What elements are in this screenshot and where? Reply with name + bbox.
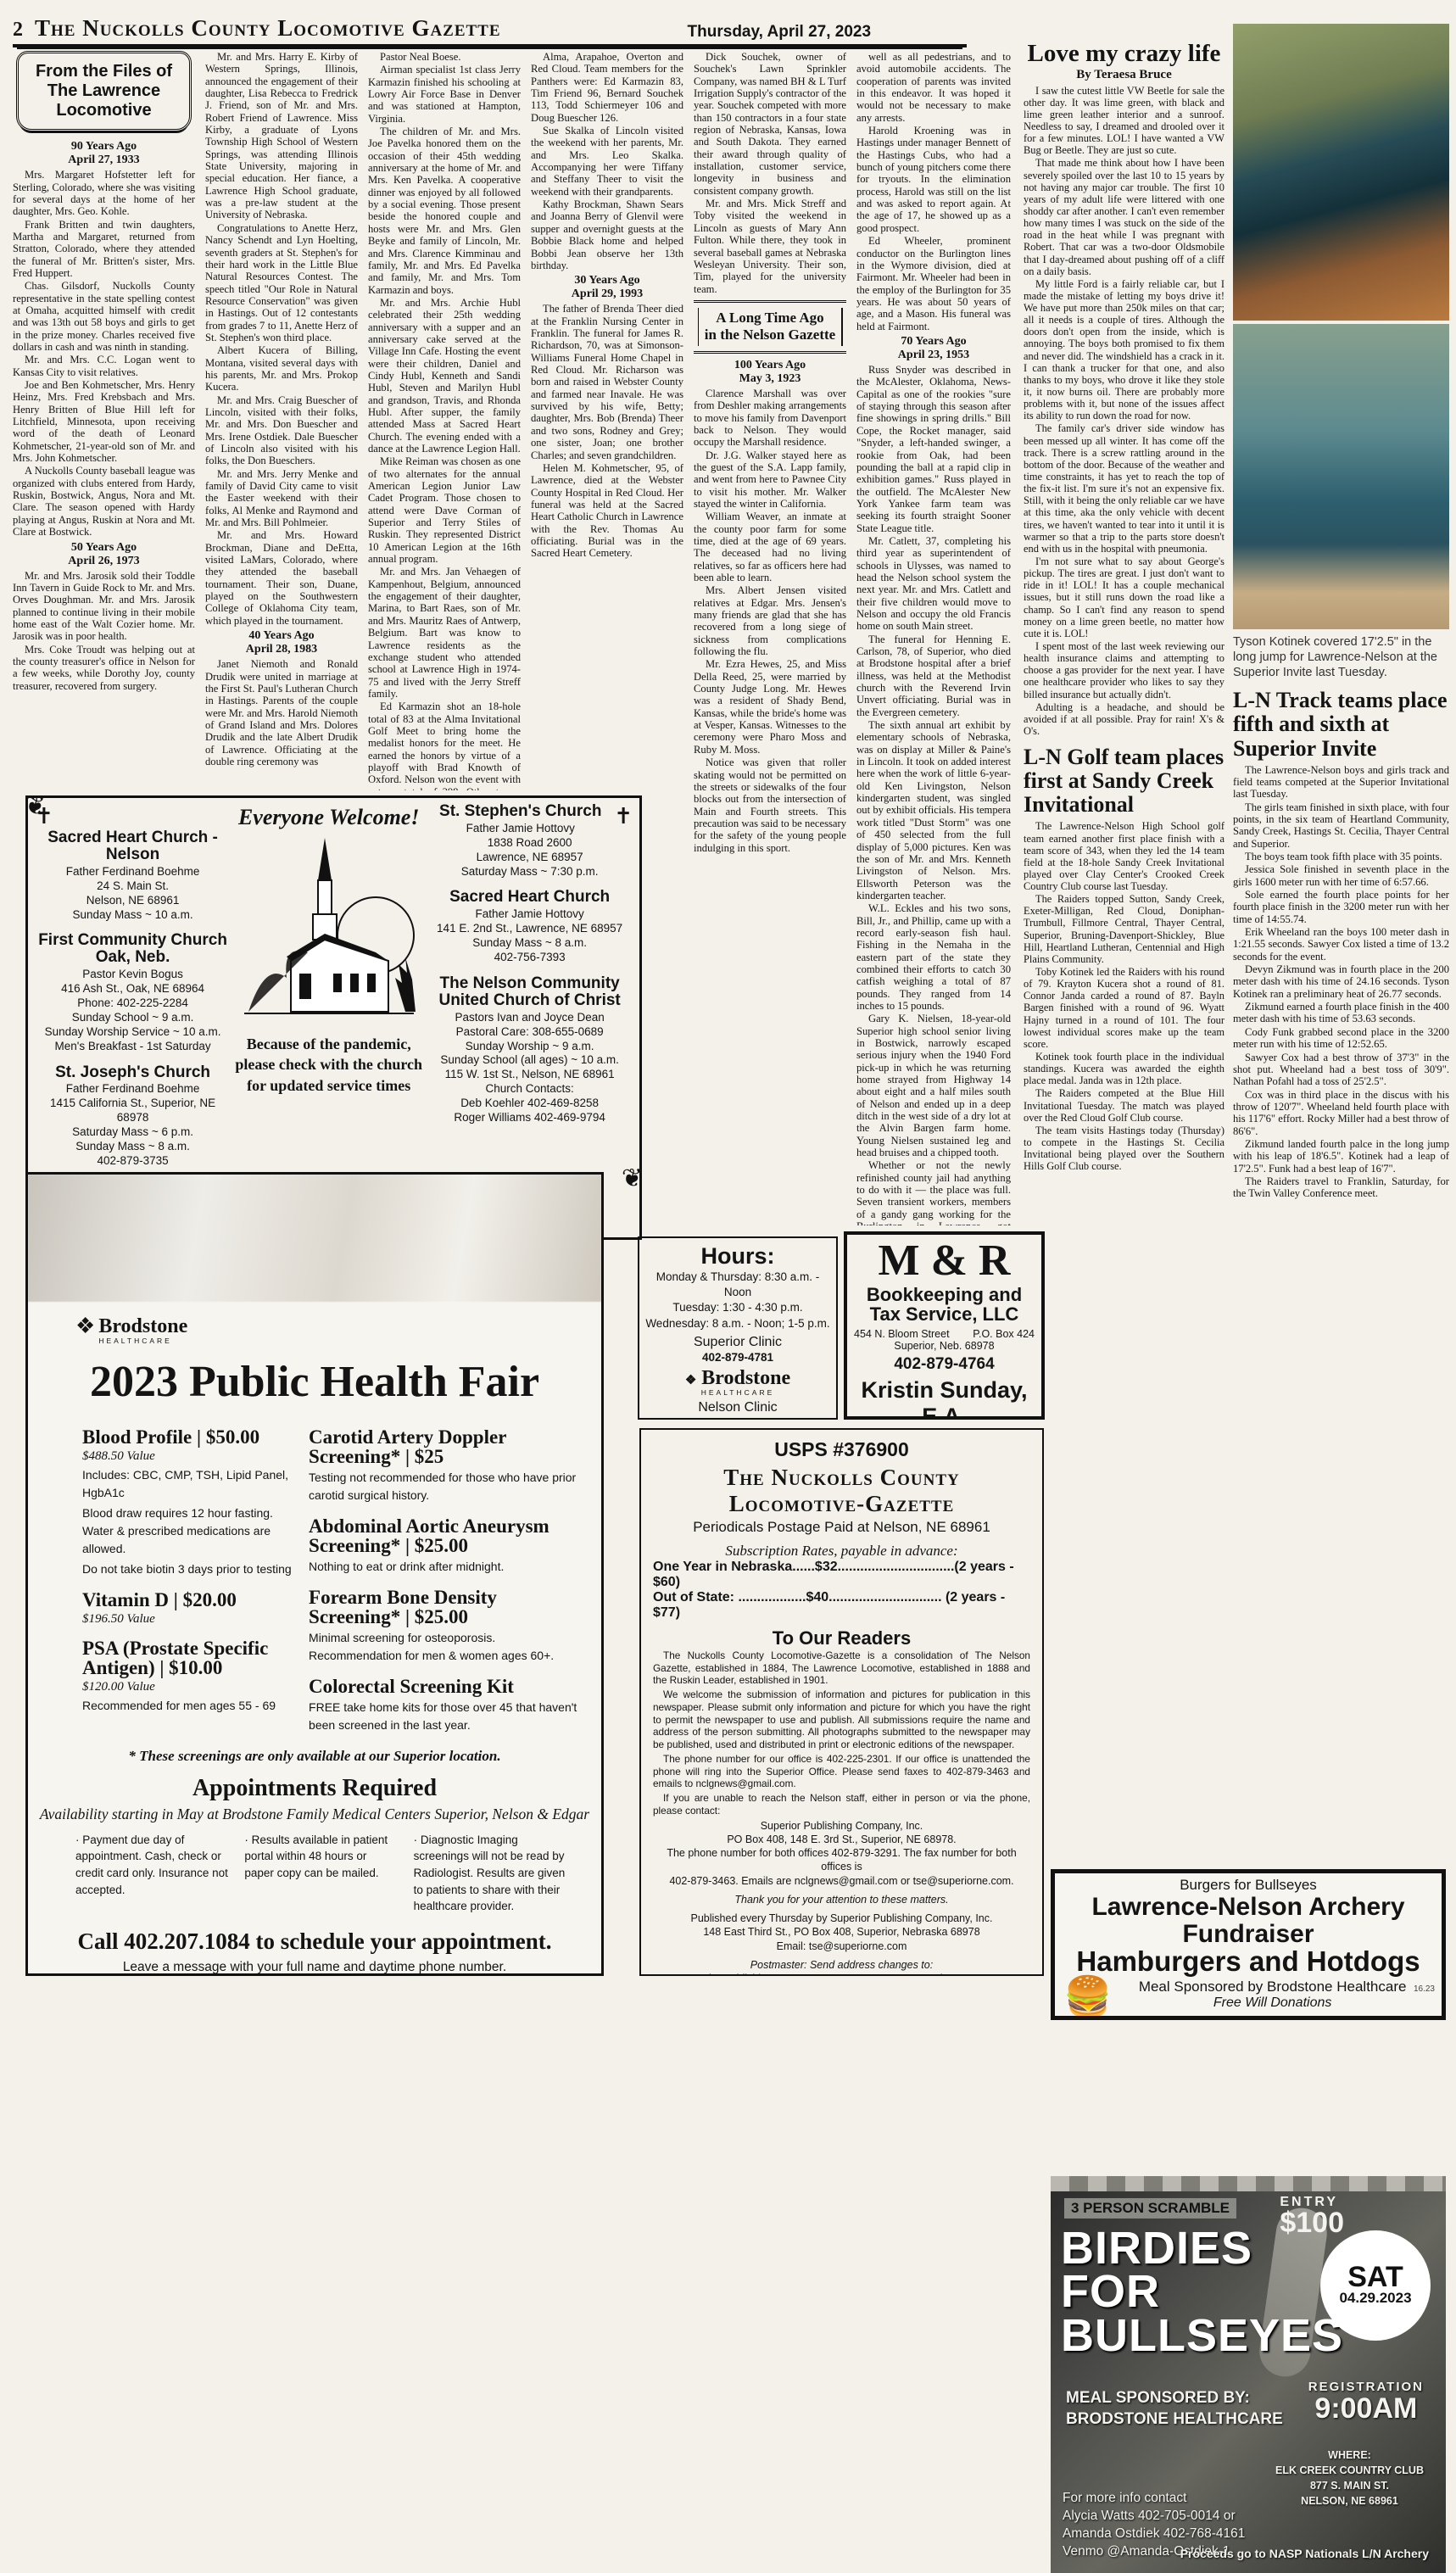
paragraph: The sixth annual art exhibit by elementa… <box>856 719 1011 901</box>
long-ago-title-line1: A Long Time Ago <box>697 310 843 327</box>
mr-title: M & R <box>852 1240 1036 1281</box>
paragraph: Alma, Arapahoe, Overton and Red Cloud. T… <box>531 51 683 124</box>
appointment-bullets: · Payment due day of appointment. Cash, … <box>28 1823 601 1915</box>
usps-postage-line: Periodicals Postage Paid at Nelson, NE 6… <box>653 1519 1030 1536</box>
paragraph: Congratulations to Anette Herz, Nancy Sc… <box>205 222 358 343</box>
paragraph: Mike Reiman was chosen as one of two alt… <box>368 455 521 565</box>
paragraph: Mr. and Mrs. Jarosik sold their Toddle I… <box>13 570 195 643</box>
paragraph: Dr. J.G. Walker stayed here as the guest… <box>694 449 846 511</box>
ad-code: 16.23 <box>1414 1984 1435 1994</box>
registration-time: 9:00AM <box>1308 2394 1424 2423</box>
screening-name: PSA (Prostate Specific Antigen) | $10.00 <box>82 1638 293 1677</box>
church-detail-line: Sunday Mass ~ 8 a.m. <box>427 936 633 951</box>
section-heading: 30 Years AgoApril 29, 1993 <box>531 274 683 301</box>
banner-trim <box>1051 2176 1446 2191</box>
section-heading: 90 Years AgoApril 27, 1933 <box>13 140 195 167</box>
screenings-grid: Blood Profile | $50.00$488.50 ValueInclu… <box>28 1415 601 1734</box>
masthead: 2 The Nuckolls County Locomotive Gazette… <box>13 15 967 47</box>
entry-fee: ENTRY $100 <box>1280 2195 1344 2236</box>
paragraph: Cody Funk grabbed second place in the 32… <box>1233 1026 1449 1051</box>
church-detail-line: 1838 Road 2600 <box>427 836 633 851</box>
paragraph: Helen M. Kohmetscher, 95, of Lawrence, d… <box>531 462 683 560</box>
church-detail-line: Deb Koehler 402-469-8258 <box>427 1097 633 1111</box>
love-headline: Love my crazy life <box>1024 41 1224 66</box>
health-fair-photo <box>28 1175 601 1302</box>
column-5-upper-text: Dick Souchek, owner of Souchek's Lawn Sp… <box>694 51 846 295</box>
church-detail-line: Sunday Mass ~ 8 a.m. <box>35 1140 231 1154</box>
brodstone-brand-sub: HEALTHCARE <box>643 1388 833 1397</box>
archery-headline-1: Lawrence-Nelson Archery Fundraiser <box>1063 1894 1433 1947</box>
paragraph: Mr. and Mrs. Jerry Menke and family of D… <box>205 468 358 529</box>
church-detail-line: Pastors Ivan and Joyce Dean <box>427 1011 633 1025</box>
superior-only-note: * These screenings are only available at… <box>28 1748 601 1765</box>
church-detail-line: 402-879-3735 <box>35 1154 231 1169</box>
long-ago-title-line2: in the Nelson Gazette <box>697 327 843 343</box>
church-detail-line: Lawrence, NE 68957 <box>427 851 633 865</box>
paragraph: The father of Brenda Theer died at the F… <box>531 303 683 460</box>
paragraph: Joe and Ben Kohmetscher, Mrs. Henry Hein… <box>13 379 195 464</box>
church-name: St. Stephen's Church <box>427 803 633 820</box>
screening-name: Carotid Artery Doppler Screening* | $25 <box>309 1427 577 1466</box>
church-listing: St. Stephen's ChurchFather Jamie Hottovy… <box>427 803 633 879</box>
paragraph: Adulting is a headache, and should be av… <box>1024 701 1224 737</box>
church-detail-line: Men's Breakfast - 1st Saturday <box>35 1040 231 1054</box>
paragraph: Mr. and Mrs. Jan Vehaegen of Kampenhout,… <box>368 566 521 700</box>
church-name: Sacred Heart Church <box>427 889 633 906</box>
column-5-lower-text: 100 Years AgoMay 3, 1923Clarence Marshal… <box>694 359 846 854</box>
hours-heading: Hours: <box>643 1243 833 1270</box>
mr-bookkeeping-ad: M & R Bookkeeping and Tax Service, LLC 4… <box>844 1231 1045 1420</box>
archery-kicker: Burgers for Bullseyes <box>1063 1877 1433 1894</box>
published-lines: Published every Thursday by Superior Pub… <box>653 1912 1030 1953</box>
page-number: 2 <box>13 19 23 42</box>
screening-note: Recommended for men ages 55 - 69 <box>82 1697 293 1715</box>
scramble-label: 3 PERSON SCRAMBLE <box>1064 2198 1236 2219</box>
paragraph: Whether or not the newly refinished coun… <box>856 1159 1011 1225</box>
church-listing: First Community Church Oak, Neb.Pastor K… <box>35 932 231 1053</box>
paragraph: Gary K. Nielsen, 18-year-old Superior hi… <box>856 1013 1011 1158</box>
paragraph: The funeral for Henning E. Carlson, 78, … <box>856 633 1011 718</box>
brodstone-mark-icon: ❖ <box>75 1314 95 1338</box>
church-detail-line: Church Contacts: <box>427 1082 633 1097</box>
archery-club: Elk Creek Country Club <box>1063 2018 1243 2020</box>
paragraph: Albert Kucera of Billing, Montana, visit… <box>205 344 358 393</box>
paragraph: Mr. and Mrs. Archie Hubl celebrated thei… <box>368 297 521 455</box>
event-date: 04.29.2023 <box>1339 2290 1411 2307</box>
paragraph: Kotinek took fourth place in the individ… <box>1024 1051 1224 1086</box>
church-name: Sacred Heart Church - Nelson <box>35 829 231 863</box>
clinic-hours-ad: Hours: Monday & Thursday: 8:30 a.m. - No… <box>638 1236 838 1420</box>
screening-value: $196.50 Value <box>82 1612 293 1627</box>
superior-clinic-name: Superior Clinic <box>643 1335 833 1350</box>
church-detail-line: Saturday Mass ~ 6 p.m. <box>35 1125 231 1140</box>
paragraph: Zikmund earned a fourth place finish in … <box>1233 1001 1449 1025</box>
meal-sponsor: MEAL SPONSORED BY: BRODSTONE HEALTHCARE <box>1066 2388 1283 2430</box>
church-detail-line: Sunday Worship Service ~ 10 a.m. <box>35 1025 231 1040</box>
nelson-clinic-name: Nelson Clinic <box>643 1400 833 1415</box>
paragraph: I'm not sure what to say about George's … <box>1024 555 1224 639</box>
golf-headline: L-N Golf team places first at Sandy Cree… <box>1024 745 1224 817</box>
paragraph: The team visits Hastings today (Thursday… <box>1024 1125 1224 1173</box>
church-detail-line: Phone: 402-225-2284 <box>35 996 231 1011</box>
text-line: The phone number for both offices 402-87… <box>653 1846 1030 1874</box>
column-5: Dick Souchek, owner of Souchek's Lawn Sp… <box>694 51 846 1231</box>
long-ago-box: A Long Time Ago in the Nelson Gazette <box>694 300 846 354</box>
church-detail-line: Sunday School ~ 9 a.m. <box>35 1011 231 1025</box>
mr-line1: Bookkeeping and <box>852 1285 1036 1304</box>
paragraph: I saw the cutest little VW Beetle for sa… <box>1024 85 1224 157</box>
column-love-golf: Love my crazy life By Teraesa Bruce I sa… <box>1024 36 1224 1416</box>
paragraph: The children of Mr. and Mrs. Joe Pavelka… <box>368 126 521 296</box>
track-headline: L-N Track teams place fifth and sixth at… <box>1233 689 1449 760</box>
church-name: The Nelson Community United Church of Ch… <box>427 975 633 1009</box>
screening-note: Do not take biotin 3 days prior to testi… <box>82 1560 293 1578</box>
paragraph: Toby Kotinek led the Raiders with his ro… <box>1024 966 1224 1050</box>
health-fair-ad: ❖ Brodstone HEALTHCARE 2023 Public Healt… <box>25 1172 604 1976</box>
text-line: Wednesday: 8 a.m. - Noon; 1-5 p.m. <box>643 1316 833 1331</box>
issue-date: Thursday, April 27, 2023 <box>688 23 871 42</box>
paragraph: Mrs. Margaret Hofstetter left for Sterli… <box>13 169 195 217</box>
church-detail-line: Pastor Kevin Bogus <box>35 968 231 982</box>
screening-name: Vitamin D | $20.00 <box>82 1590 293 1610</box>
registration-block: REGISTRATION 9:00AM <box>1308 2380 1424 2423</box>
mr-agent: Kristin Sunday, E.A. <box>852 1377 1036 1420</box>
cross-icon: ✝ <box>614 803 633 829</box>
thanks-line: Thank you for your attention to these ma… <box>653 1893 1030 1906</box>
column-3: Pastor Neal Boese.Airman specialist 1st … <box>368 51 521 790</box>
brodstone-mark-icon: ❖ <box>685 1374 696 1387</box>
track-article-text: The Lawrence-Nelson boys and girls track… <box>1233 764 1449 1201</box>
hours-lines: Monday & Thursday: 8:30 a.m. - NoonTuesd… <box>643 1270 833 1331</box>
paragraph: The girls team finished in sixth place, … <box>1233 801 1449 850</box>
appointments-heading: Appointments Required <box>28 1775 601 1802</box>
subscription-heading: Subscription Rates, payable in advance: <box>653 1543 1030 1560</box>
paragraph: William Weaver, an inmate at the county … <box>694 511 846 583</box>
paragraph: Erik Wheeland ran the boys 100 meter das… <box>1233 926 1449 963</box>
postmaster-line-2: Superior Publishing Company, Inc., PO Bo… <box>653 1972 1030 1976</box>
archery-donations: Free Will Donations <box>1112 1995 1433 2011</box>
paragraph: A Nuckolls County baseball league was or… <box>13 465 195 538</box>
archery-sponsor: Meal Sponsored by Brodstone Healthcare <box>1112 1979 1433 1995</box>
paragraph: I spent most of the last week reviewing … <box>1024 640 1224 700</box>
text-line: Monday & Thursday: 8:30 a.m. - Noon <box>643 1270 833 1300</box>
pandemic-note: Because of the pandemic, please check wi… <box>231 1034 427 1096</box>
mr-phone: 402-879-4764 <box>852 1355 1036 1374</box>
brodstone-logo: ❖ Brodstone HEALTHCARE <box>28 1302 601 1345</box>
usps-statement-box: USPS #376900 The Nuckolls County Locomot… <box>639 1428 1044 1976</box>
paragraph: Mr. and Mrs. Howard Brockman, Diane and … <box>205 529 358 627</box>
closing-line-1: Leave a message with your full name and … <box>28 1958 601 1976</box>
paragraph: The Lawrence-Nelson boys and girls track… <box>1233 764 1449 801</box>
availability-note: Availability starting in May at Brodston… <box>28 1806 601 1823</box>
church-detail-line: Saturday Mass ~ 7:30 p.m. <box>427 865 633 879</box>
paragraph: Mr. Catlett, 37, completing his third ye… <box>856 535 1011 633</box>
where-block: WHERE: ELK CREEK COUNTRY CLUB 877 S. MAI… <box>1275 2447 1424 2509</box>
to-our-readers-heading: To Our Readers <box>653 1627 1030 1649</box>
church-detail-line: 141 E. 2nd St., Lawrence, NE 68957 <box>427 922 633 936</box>
archery-fundraiser-ad: Burgers for Bullseyes Lawrence-Nelson Ar… <box>1051 1869 1446 2020</box>
postmaster-line-1: Postmaster: Send address changes to: <box>653 1958 1030 1972</box>
hamburger-icon: 🍔 <box>1063 1977 1112 2016</box>
screenings-left: Blood Profile | $50.00$488.50 ValueInclu… <box>82 1415 293 1734</box>
paragraph: Devyn Zikmund was in fourth place in the… <box>1233 963 1449 1000</box>
church-detail-line: 416 Ash St., Oak, NE 68964 <box>35 982 231 996</box>
paragraph: Mr. and Mrs. C.C. Logan went to Kansas C… <box>13 354 195 378</box>
church-detail-line: Father Ferdinand Boehme <box>35 865 231 879</box>
text-line: Published every Thursday by Superior Pub… <box>653 1912 1030 1925</box>
church-illustration <box>240 834 418 1029</box>
church-detail-line: Father Jamie Hottovy <box>427 822 633 836</box>
paragraph: Janet Niemoth and Ronald Drudik were uni… <box>205 658 358 767</box>
track-runner-photo <box>1233 24 1449 321</box>
paragraph: Mrs. Coke Troudt was helping out at the … <box>13 644 195 692</box>
brodstone-brand-sub: HEALTHCARE <box>98 1337 187 1345</box>
screening-note: Blood draw requires 12 hour fasting. Wat… <box>82 1504 293 1558</box>
church-detail-line: Roger Williams 402-469-9794 <box>427 1111 633 1125</box>
love-article-text: I saw the cutest little VW Beetle for sa… <box>1024 85 1224 738</box>
birdies-proceeds: Proceeds go to NASP Nationals L/N Archer… <box>1180 2547 1429 2562</box>
church-name: First Community Church Oak, Neb. <box>35 932 231 966</box>
sat-label: SAT <box>1347 2264 1403 2291</box>
church-detail-line: 1415 California St., Superior, NE 68978 <box>35 1097 231 1125</box>
paragraph: My little Ford is a fairly reliable car,… <box>1024 278 1224 422</box>
column-track: Tyson Kotinek covered 17'2.5" in the lon… <box>1233 24 1449 1415</box>
column-6: well as all pedestrians, and to avoid au… <box>856 51 1011 1225</box>
golf-article-text: The Lawrence-Nelson High School golf tea… <box>1024 820 1224 1172</box>
paragraph: Jessica Sole finished in seventh place i… <box>1233 863 1449 888</box>
paragraph: Cox was in third place in the discus wit… <box>1233 1089 1449 1137</box>
health-fair-title: 2023 Public Health Fair <box>28 1357 601 1407</box>
contact-lines: Superior Publishing Company, Inc.PO Box … <box>653 1819 1030 1888</box>
column-4: Alma, Arapahoe, Overton and Red Cloud. T… <box>531 51 683 790</box>
files-box-title: From the Files of The Lawrence Locomotiv… <box>16 51 192 131</box>
paragraph: Frank Britten and twin daughters, Martha… <box>13 219 195 280</box>
brodstone-brand: Brodstone <box>701 1367 790 1389</box>
paragraph: The boys team took fifth place with 35 p… <box>1233 851 1449 862</box>
paragraph: Airman specialist 1st class Jerry Karmaz… <box>368 64 521 125</box>
usps-paper-name: The Nuckolls County Locomotive-Gazette <box>653 1465 1030 1517</box>
church-detail-line: 24 S. Main St. <box>35 879 231 894</box>
text-line: Email: tse@superiorne.com <box>653 1940 1030 1953</box>
everyone-welcome-script: Everyone Welcome! <box>231 805 427 830</box>
paragraph: Mr. and Mrs. Harry E. Kirby of Western S… <box>205 51 358 221</box>
paragraph: Notice was given that roller skating wou… <box>694 756 846 854</box>
mr-pobox: P.O. Box 424 <box>973 1328 1035 1340</box>
church-name: St. Joseph's Church <box>35 1064 231 1081</box>
files-column-text: 90 Years AgoApril 27, 1933Mrs. Margaret … <box>13 140 195 692</box>
readers-paragraph: If you are unable to reach the Nelson st… <box>653 1792 1030 1817</box>
screening-note: Includes: CBC, CMP, TSH, Lipid Panel, Hg… <box>82 1466 293 1502</box>
column-2: Mr. and Mrs. Harry E. Kirby of Western S… <box>205 51 358 790</box>
paragraph: Ed Karmazin shot an 18-hole total of 83 … <box>368 700 521 790</box>
text-line: PO Box 408, 148 E. 3rd St., Superior, NE… <box>653 1833 1030 1846</box>
superior-clinic-phone: 402-879-4781 <box>643 1350 833 1365</box>
readers-paragraph: The phone number for our office is 402-2… <box>653 1753 1030 1790</box>
church-listing: Sacred Heart Church - NelsonFather Ferdi… <box>35 829 231 922</box>
church-detail-line: 115 W. 1st St., Nelson, NE 68961 <box>427 1068 633 1082</box>
usps-number: USPS #376900 <box>653 1438 1030 1461</box>
screening-note: Testing not recommended for those who ha… <box>309 1469 577 1504</box>
text-line: Superior Publishing Company, Inc. <box>653 1819 1030 1833</box>
paragraph: The Raiders competed at the Blue Hill In… <box>1024 1087 1224 1123</box>
church-detail-line: Father Jamie Hottovy <box>427 907 633 922</box>
flourish-icon: ❦ <box>25 791 46 821</box>
paragraph: Ed Wheeler, prominent conductor on the B… <box>856 235 1011 332</box>
long-jump-photo <box>1233 324 1449 629</box>
readers-paragraph: We welcome the submission of information… <box>653 1688 1030 1751</box>
paragraph: That made me think about how I have been… <box>1024 157 1224 276</box>
nelson-clinic-address: 76 W. 8th Nelson, Neb. • 402-225- 2375 <box>643 1415 833 1420</box>
church-detail-line: 402-756-7393 <box>427 951 633 965</box>
section-heading: 50 Years AgoApril 26, 1973 <box>13 541 195 568</box>
section-heading: 100 Years AgoMay 3, 1923 <box>694 359 846 386</box>
text-line: 402-879-3463. Emails are nclgnews@gmail.… <box>653 1874 1030 1888</box>
paragraph: Harold Kroening was in Hastings under ma… <box>856 125 1011 234</box>
call-line: Call 402.207.1084 to schedule your appoi… <box>28 1928 601 1955</box>
birdies-title: BIRDIES FOR BULLSEYES <box>1061 2227 1343 2358</box>
archery-date: Saturday, April 29 <box>1248 2018 1433 2020</box>
flourish-icon: ❦ <box>622 1164 643 1193</box>
church-listing: St. Joseph's ChurchFather Ferdinand Boeh… <box>35 1064 231 1169</box>
text-line: · Payment due day of appointment. Cash, … <box>75 1832 229 1915</box>
paragraph: The Lawrence-Nelson High School golf tea… <box>1024 820 1224 892</box>
readers-paragraph: The Nuckolls County Locomotive-Gazette i… <box>653 1649 1030 1687</box>
paragraph: Sawyer Cox had a best throw of 37'3" in … <box>1233 1052 1449 1088</box>
church-detail-line: Pastoral Care: 308-655-0689 <box>427 1025 633 1040</box>
paragraph: Russ Snyder was described in the McAlest… <box>856 364 1011 534</box>
love-byline: By Teraesa Bruce <box>1024 68 1224 82</box>
paragraph: well as all pedestrians, and to avoid au… <box>856 51 1011 124</box>
paragraph: Mr. Ezra Hewes, 25, and Miss Della Reed,… <box>694 658 846 756</box>
mr-street: 454 N. Bloom Street <box>854 1328 950 1340</box>
mr-city: Superior, Neb. 68978 <box>852 1340 1036 1352</box>
paragraph: W.L. Eckles and his two sons, Bill, Jr.,… <box>856 902 1011 1012</box>
text-line: · Diagnostic Imaging screenings will not… <box>414 1832 567 1915</box>
screening-value: $488.50 Value <box>82 1449 293 1464</box>
church-listing: The Nelson Community United Church of Ch… <box>427 975 633 1125</box>
paragraph: Kathy Brockman, Shawn Sears and Joanna B… <box>531 198 683 271</box>
paragraph: Dick Souchek, owner of Souchek's Lawn Sp… <box>694 51 846 197</box>
paragraph: Mrs. Albert Jensen visited relatives at … <box>694 584 846 657</box>
section-heading: 40 Years AgoApril 28, 1983 <box>205 629 358 656</box>
text-line: 148 East Third St., PO Box 408, Superior… <box>653 1925 1030 1939</box>
photo-caption: Tyson Kotinek covered 17'2.5" in the lon… <box>1233 634 1449 680</box>
paragraph: Mr. and Mrs. Mick Streff and Toby visite… <box>694 198 846 295</box>
readers-paragraphs: The Nuckolls County Locomotive-Gazette i… <box>653 1649 1030 1817</box>
paragraph: Chas. Gilsdorf, Nuckolls County represen… <box>13 280 195 353</box>
church-detail-line: Sunday School (all ages) ~ 10 a.m. <box>427 1053 633 1068</box>
text-line: · Results available in patient portal wi… <box>244 1832 398 1915</box>
column-files: From the Files of The Lawrence Locomotiv… <box>13 51 195 790</box>
church-detail-line: Sunday Worship ~ 9 a.m. <box>427 1040 633 1054</box>
paragraph: The Raiders topped Sutton, Sandy Creek, … <box>1024 893 1224 965</box>
church-detail-line: Sunday Mass ~ 10 a.m. <box>35 908 231 923</box>
paragraph: Mr. and Mrs. Craig Buescher of Lincoln, … <box>205 394 358 467</box>
screening-value: $120.00 Value <box>82 1680 293 1694</box>
birdies-for-bullseyes-ad: 3 PERSON SCRAMBLE BIRDIES FOR BULLSEYES … <box>1051 2176 1446 2573</box>
screenings-right: Carotid Artery Doppler Screening* | $25T… <box>309 1415 577 1734</box>
church-detail-line: Father Ferdinand Boehme <box>35 1082 231 1097</box>
rate-out-of-state: Out of State: ..................$40.....… <box>653 1590 1030 1621</box>
date-circle: SAT 04.29.2023 <box>1320 2230 1431 2341</box>
church-detail-line: Nelson, NE 68961 <box>35 894 231 908</box>
screening-note: FREE take home kits for those over 45 th… <box>309 1699 577 1734</box>
section-heading: 70 Years AgoApril 23, 1953 <box>856 335 1011 362</box>
screening-name: Forearm Bone Density Screening* | $25.00 <box>309 1588 577 1627</box>
newspaper-page: { "masthead":{"page_number":"2","title":… <box>0 0 1456 1995</box>
screening-name: Colorectal Screening Kit <box>309 1677 577 1696</box>
paragraph: Sole earned the fourth place points for … <box>1233 889 1449 925</box>
text-line: Tuesday: 1:30 - 4:30 p.m. <box>643 1300 833 1315</box>
screening-name: Abdominal Aortic Aneurysm Screening* | $… <box>309 1516 577 1555</box>
screening-name: Blood Profile | $50.00 <box>82 1427 293 1447</box>
brodstone-brand: Brodstone <box>98 1315 187 1337</box>
rate-nebraska: One Year in Nebraska......$32...........… <box>653 1560 1030 1590</box>
mr-line2: Tax Service, LLC <box>852 1304 1036 1324</box>
paragraph: Sue Skalka of Lincoln visited the weeken… <box>531 125 683 198</box>
paragraph: Zikmund landed fourth palce in the long … <box>1233 1138 1449 1175</box>
church-listing: Sacred Heart ChurchFather Jamie Hottovy1… <box>427 889 633 964</box>
screening-note: Minimal screening for osteoporosis. Reco… <box>309 1629 577 1665</box>
paper-title: The Nuckolls County Locomotive Gazette <box>35 15 501 42</box>
entry-amount: $100 <box>1280 2210 1344 2236</box>
archery-headline-2: Hamburgers and Hotdogs <box>1063 1947 1433 1977</box>
paragraph: Pastor Neal Boese. <box>368 51 521 63</box>
paragraph: The family car's driver side window has … <box>1024 422 1224 555</box>
screening-note: Nothing to eat or drink after midnight. <box>309 1558 577 1576</box>
paragraph: The Raiders travel to Franklin, Saturday… <box>1233 1175 1449 1200</box>
paragraph: Clarence Marshall was over from Deshler … <box>694 388 846 449</box>
